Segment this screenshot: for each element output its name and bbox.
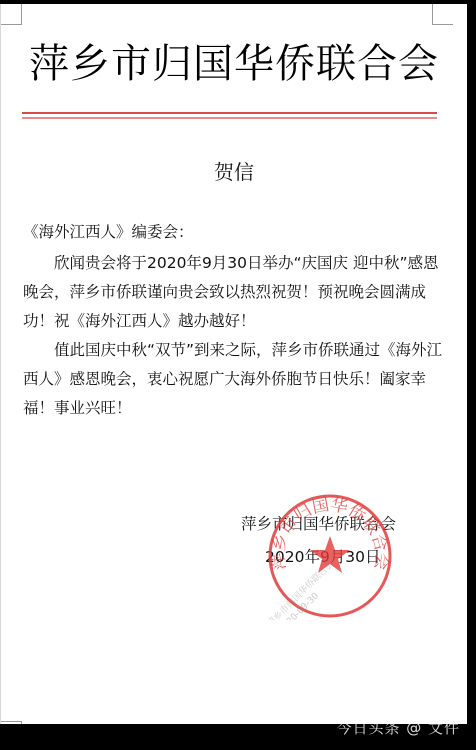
platform-watermark: 今日头条 @ 文件 — [336, 717, 460, 738]
letterhead-title: 萍乡市归国华侨联合会 — [1, 32, 467, 89]
signature-date: 2020年9月30日 — [265, 545, 381, 567]
page-corner-mark-top-left — [1, 4, 22, 25]
letterhead-rule-bottom — [22, 117, 437, 119]
page-corner-mark-top-right — [432, 4, 453, 25]
paragraph-2: 值此国庆中秋“双节”到来之际，萍乡市侨联通过《海外江西人》感恩晚会，衷心祝愿广大… — [23, 336, 447, 423]
document-title: 贺信 — [1, 156, 467, 185]
document-page: 萍乡市归国华侨联合会 贺信 《海外江西人》编委会： 欣闻贵会将于2020年9月3… — [0, 4, 467, 724]
letter-body: 《海外江西人》编委会： 欣闻贵会将于2020年9月30日举办“庆国庆 迎中秋”感… — [23, 218, 447, 423]
letterhead-rule-top — [22, 112, 437, 114]
salutation: 《海外江西人》编委会： — [23, 218, 447, 247]
signature-organization: 萍乡市归国华侨联合会 — [241, 512, 396, 534]
page-corner-mark-bottom-left — [1, 721, 22, 724]
paragraph-1: 欣闻贵会将于2020年9月30日举办“庆国庆 迎中秋”感恩晚会，萍乡市侨联谨向贵… — [23, 249, 447, 336]
svg-text:2020-09-30: 2020-09-30 — [277, 591, 321, 620]
